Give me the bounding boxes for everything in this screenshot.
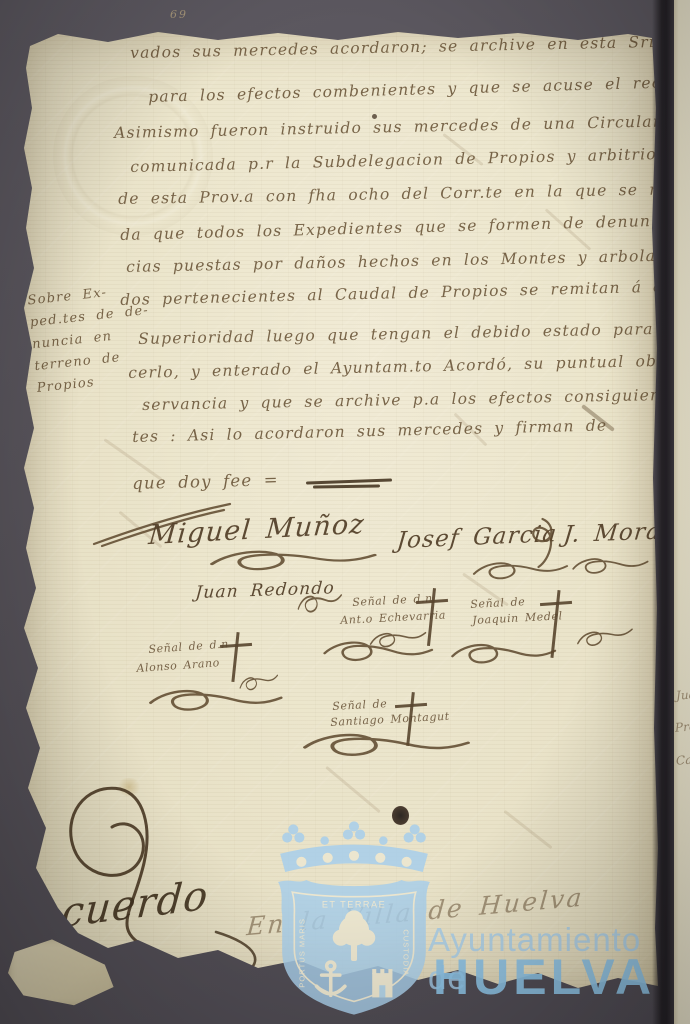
body-line: vados sus mercedes acordaron; se archive…: [130, 33, 666, 62]
body-line: da que todos los Expedientes que se form…: [120, 212, 651, 244]
show-through-mark: [503, 810, 552, 849]
show-through-mark: [325, 766, 381, 813]
mark-label: Alonso Arano: [136, 656, 220, 675]
body-line: cias puestas por daños hechos en los Mon…: [126, 247, 656, 276]
body-line: dos pertenecientes al Caudal de Propios …: [120, 277, 686, 309]
signature-rubric: [574, 624, 636, 654]
adjacent-page-fragment: Jua: [676, 687, 690, 702]
mark-label: Santiago Montagut: [330, 710, 450, 729]
signature-underline: [470, 560, 570, 586]
adjacent-page-fragment: Pro: [675, 719, 690, 734]
pen-flourish-large: [56, 783, 176, 958]
folio-number: 69: [170, 8, 188, 21]
book-gutter-shadow: [652, 0, 676, 1024]
mark-label: Señal de: [332, 697, 388, 713]
body-line: servancia y que se archive p.a los efect…: [142, 386, 661, 414]
body-line: Superioridad luego que tengan el debido …: [138, 319, 687, 348]
adjacent-page-fragment: Car: [676, 752, 690, 768]
mark-label: Joaquin Medel: [472, 609, 563, 627]
signature-rubric: [294, 589, 345, 621]
manuscript-page: vados sus mercedes acordaron; se archive…: [18, 28, 658, 996]
signature-j-mora: J. Mora: [562, 519, 662, 549]
signature-rubric: [297, 729, 473, 769]
signature-rubric: [144, 686, 285, 723]
body-line: que doy fee =: [132, 470, 279, 493]
body-line: tes : Asi lo acordaron sus mercedes y fi…: [132, 416, 608, 446]
signature-rubric: [319, 637, 435, 673]
photo-background: 69 vados sus mercedes acordaron; se arch…: [0, 0, 690, 1024]
signature-underline: [570, 556, 650, 580]
ink-blot: [372, 114, 377, 119]
emphasis-dash: [306, 480, 392, 490]
ink-blot: [392, 806, 409, 825]
mark-label: Señal de d.n: [148, 637, 229, 656]
mark-label: Señal de: [470, 595, 526, 611]
bottom-phrase-villa-huelva: En la Villa de Huelva: [245, 882, 585, 941]
signature-rubric: [448, 640, 559, 674]
body-line: para los efectos combenientes y que se a…: [148, 73, 690, 106]
castle-emblem: [372, 969, 392, 997]
adjacent-page: Jua Pro Car: [674, 0, 690, 1024]
torn-corner-fragment: [8, 938, 118, 1008]
body-line: cerlo, y enterado el Ayuntam.to Acordó, …: [128, 352, 657, 382]
signature-underline: [205, 548, 380, 578]
margin-note: Sobre Ex- ped.tes de de- nuncia en terre…: [27, 278, 157, 400]
